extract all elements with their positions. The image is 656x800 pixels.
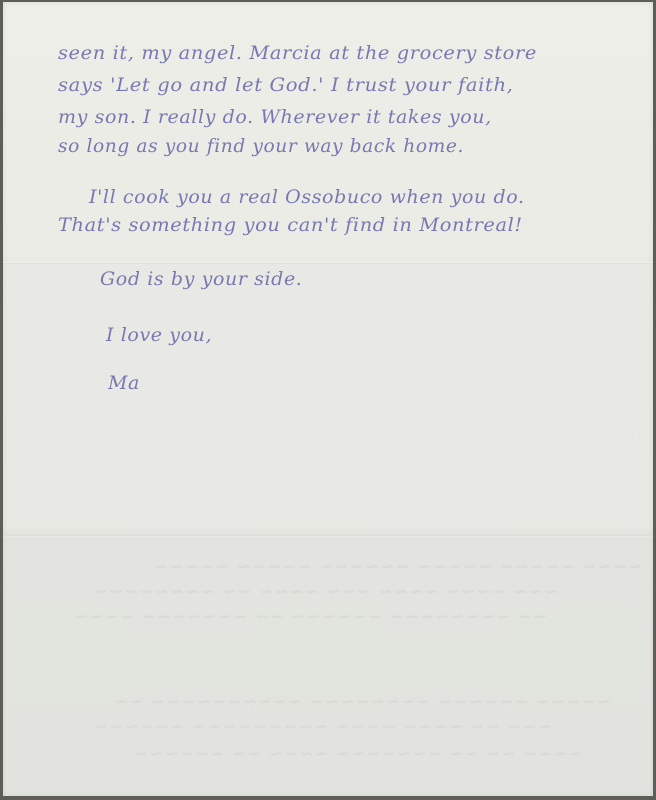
- letter-line: I'll cook you a real Ossobuco when you d…: [89, 186, 525, 208]
- letter-line: seen it, my angel. Marcia at the grocery…: [58, 42, 537, 64]
- paper-fold-lower: [3, 535, 653, 537]
- bleed-through-text: ~~~~~ ~~~~~~ ~~~~~~~~ ~~~~~~~~~~ ~~: [113, 692, 611, 712]
- letter-page: seen it, my angel. Marcia at the grocery…: [3, 2, 653, 796]
- paper-fold-upper: [3, 262, 653, 264]
- letter-line: my son. I really do. Wherever it takes y…: [58, 106, 492, 128]
- bleed-through-text: ~~ ~~~~~~~~ ~~~~~~ ~~ ~~~~~~~ ~~~~: [73, 607, 547, 627]
- bleed-through-text: ~~~ ~~ ~~~~ ~~~~ ~~~~~~~~~ ~~~~~~: [93, 717, 552, 737]
- closing-salutation: I love you,: [106, 324, 212, 346]
- bleed-through-text: ~~~~ ~~ ~~ ~~~~~~~ ~~~~ ~~ ~~~~~~: [133, 744, 583, 764]
- letter-line: so long as you find your way back home.: [58, 135, 464, 157]
- bleed-through-text: ~~~ ~~~~ ~~~~ ~~~ ~~~~ ~~ ~~~~~~~~: [93, 582, 558, 602]
- letter-line: That's something you can't find in Montr…: [58, 214, 523, 236]
- closing-blessing: God is by your side.: [100, 268, 302, 290]
- letter-line: says 'Let go and let God.' I trust your …: [58, 74, 514, 96]
- bleed-through-text: ~~~~ ~~~~~ ~~~~~ ~~~~~~ ~~~~~ ~~~~~: [153, 557, 642, 577]
- signature: Ma: [108, 372, 140, 394]
